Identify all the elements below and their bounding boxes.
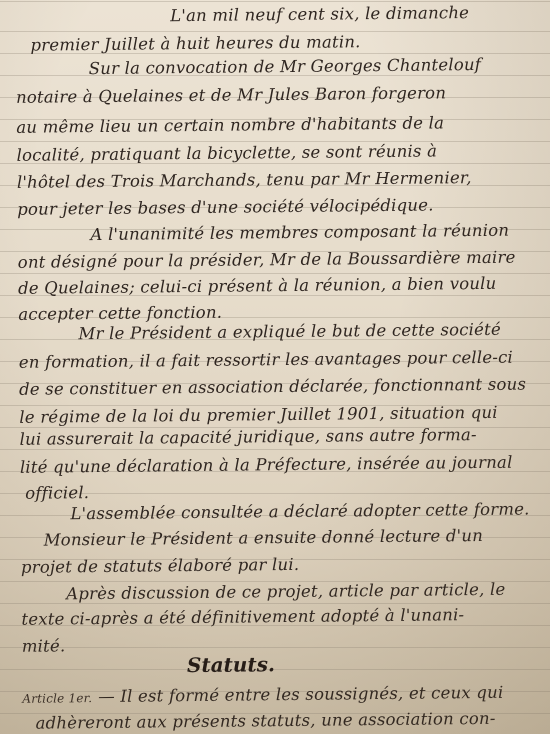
article-1-line-1: Article 1er.— Il est formé entre les sou… bbox=[22, 683, 503, 707]
article-label: Article 1er. bbox=[22, 691, 92, 706]
statuts-heading: Statuts. bbox=[187, 652, 275, 677]
text-line: le régime de la loi du premier Juillet 1… bbox=[19, 403, 498, 427]
text-line: mité. bbox=[22, 636, 66, 655]
text-line: lui assurerait la capacité juridique, sa… bbox=[20, 425, 477, 449]
text-line: au même lieu un certain nombre d'habitan… bbox=[16, 113, 444, 136]
text-line: officiel. bbox=[25, 483, 89, 503]
text-line: Monsieur le Président a ensuite donné le… bbox=[44, 526, 484, 550]
text-line: L'assemblée consultée a déclaré adopter … bbox=[70, 499, 529, 523]
article-text: — Il est formé entre les soussignés, et … bbox=[98, 683, 503, 706]
handwritten-page: L'an mil neuf cent six, le dimanchepremi… bbox=[0, 0, 550, 734]
article-1-line-2: adhèreront aux présents statuts, une ass… bbox=[35, 709, 495, 733]
text-line: accepter cette fonction. bbox=[18, 303, 222, 324]
text-line: A l'unanimité les membres composant la r… bbox=[90, 221, 509, 244]
text-line: de Quelaines; celui-ci présent à la réun… bbox=[18, 274, 497, 298]
text-line: lité qu'une déclaration à la Préfecture,… bbox=[20, 453, 513, 477]
text-line: L'an mil neuf cent six, le dimanche bbox=[170, 3, 469, 25]
text-line: Mr le Président a expliqué le but de cet… bbox=[78, 320, 501, 343]
text-line: de se constituer en association déclarée… bbox=[19, 375, 526, 399]
text-line: localité, pratiquant la bicyclette, se s… bbox=[17, 141, 438, 164]
text-line: texte ci-après a été définitivement adop… bbox=[21, 605, 464, 629]
text-line: premier Juillet à huit heures du matin. bbox=[30, 32, 360, 54]
text-line: en formation, il a fait ressortir les av… bbox=[19, 348, 513, 372]
text-line: l'hôtel des Trois Marchands, tenu par Mr… bbox=[17, 168, 472, 192]
text-line: Après discussion de ce projet, article p… bbox=[66, 580, 505, 604]
text-line: ont désigné pour la présider, Mr de la B… bbox=[18, 248, 516, 272]
text-line: notaire à Quelaines et de Mr Jules Baron… bbox=[16, 83, 446, 107]
text-line: projet de statuts élaboré par lui. bbox=[21, 555, 299, 577]
text-line: pour jeter les bases d'une société véloc… bbox=[17, 195, 434, 218]
text-line: Sur la convocation de Mr Georges Chantel… bbox=[89, 55, 482, 78]
